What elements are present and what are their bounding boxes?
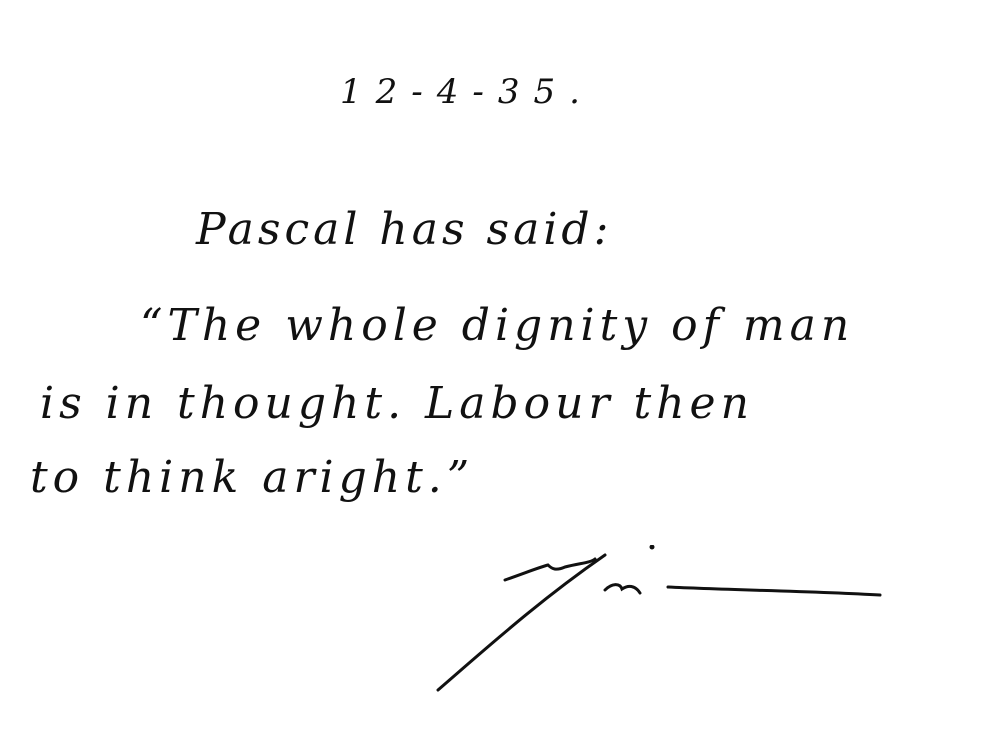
signature [430, 545, 890, 695]
signature-flourish-icon [430, 545, 890, 695]
quote-line-3: to think aright.” [30, 452, 474, 503]
quote-line-2: is in thought. Labour then [40, 378, 754, 429]
intro-line: Pascal has said: [196, 204, 612, 255]
date-line: 12-4-35. [340, 72, 594, 112]
quote-line-1: “The whole dignity of man [140, 300, 854, 351]
